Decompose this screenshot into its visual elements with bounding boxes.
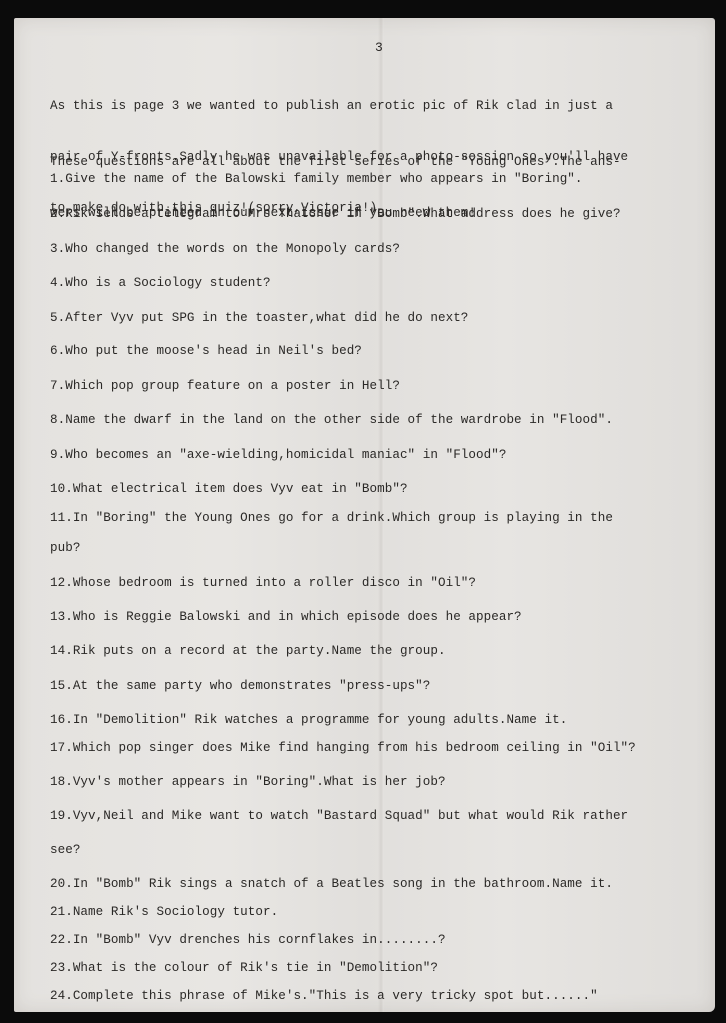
question-line: 19.Vyv,Neil and Mike want to watch "Bast…: [50, 808, 628, 825]
question-line: 11.In "Boring" the Young Ones go for a d…: [50, 510, 613, 527]
question-line: 8.Name the dwarf in the land on the othe…: [50, 412, 613, 429]
question-line: 10.What electrical item does Vyv eat in …: [50, 481, 408, 498]
preface-paragraph: These questions are all about the first …: [50, 120, 621, 256]
question-line: 22.In "Bomb" Vyv drenches his cornflakes…: [50, 932, 446, 949]
question-line: 3.Who changed the words on the Monopoly …: [50, 241, 400, 258]
question-line: 9.Who becomes an "axe-wielding,homicidal…: [50, 447, 506, 464]
question-line: 24.Complete this phrase of Mike's."This …: [50, 988, 598, 1005]
question-line: 2.Rik sends a telegram to Mrs Thatcher i…: [50, 206, 621, 223]
question-line: 20.In "Bomb" Rik sings a snatch of a Bea…: [50, 876, 613, 893]
question-line: 23.What is the colour of Rik's tie in "D…: [50, 960, 438, 977]
intro-line: As this is page 3 we wanted to publish a…: [50, 98, 628, 115]
question-line: 18.Vyv's mother appears in "Boring".What…: [50, 774, 446, 791]
question-line: 1.Give the name of the Balowski family m…: [50, 171, 583, 188]
question-line: 14.Rik puts on a record at the party.Nam…: [50, 643, 446, 660]
question-line: 21.Name Rik's Sociology tutor.: [50, 904, 278, 921]
question-line: 5.After Vyv put SPG in the toaster,what …: [50, 310, 468, 327]
question-line: see?: [50, 842, 80, 859]
question-line: 13.Who is Reggie Balowski and in which e…: [50, 609, 522, 626]
preface-line: These questions are all about the first …: [50, 154, 621, 171]
question-line: 6.Who put the moose's head in Neil's bed…: [50, 343, 362, 360]
question-line: 16.In "Demolition" Rik watches a program…: [50, 712, 567, 729]
question-line: 7.Which pop group feature on a poster in…: [50, 378, 400, 395]
question-line: 4.Who is a Sociology student?: [50, 275, 271, 292]
page-number: 3: [375, 40, 383, 55]
question-line: 12.Whose bedroom is turned into a roller…: [50, 575, 476, 592]
question-line: pub?: [50, 540, 80, 557]
question-line: 17.Which pop singer does Mike find hangi…: [50, 740, 636, 757]
question-line: 15.At the same party who demonstrates "p…: [50, 678, 430, 695]
